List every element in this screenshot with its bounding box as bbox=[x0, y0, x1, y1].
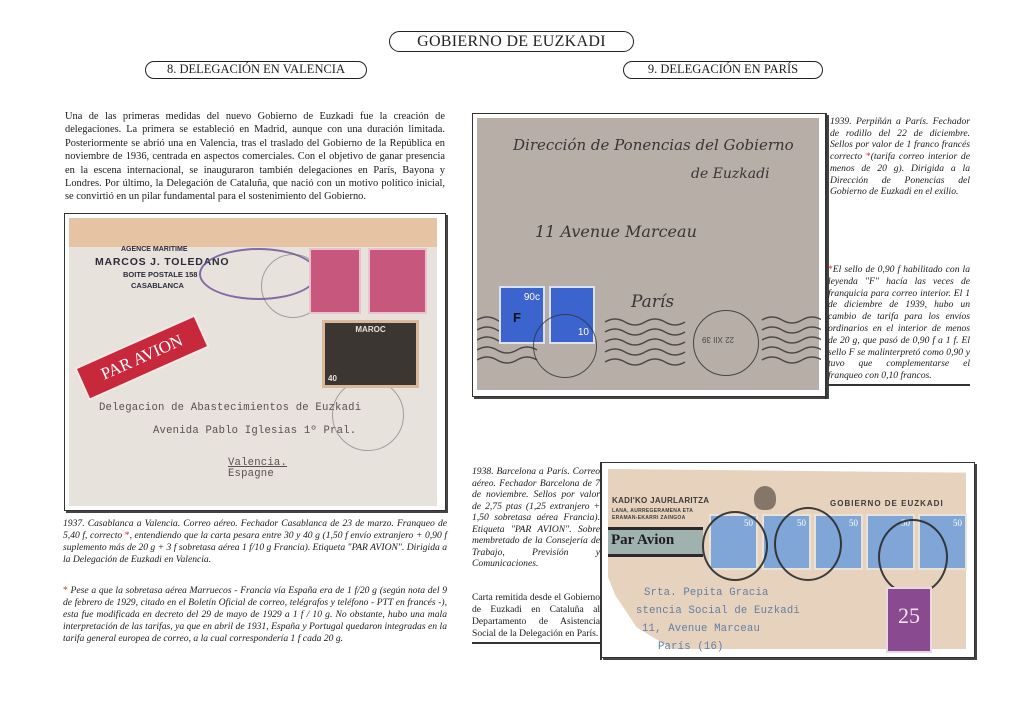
stamp-overprint: F bbox=[513, 310, 521, 325]
stamp-25-centimos: 25 bbox=[886, 587, 932, 653]
cover-perpignan-paris: Dirección de Ponencias del Gobierno de E… bbox=[472, 113, 827, 397]
sender-line-1: AGENCE MARITIME bbox=[121, 246, 188, 253]
stamp-maroc-red-2 bbox=[368, 248, 427, 314]
envelope-flap bbox=[69, 218, 437, 247]
airmail-text: Par Avion bbox=[611, 532, 674, 549]
address-line-4: Espagne bbox=[228, 468, 274, 480]
letterhead-left-sub-1: LANA, AURREGERAMENA ETA bbox=[612, 508, 693, 514]
address-line-1: Srta. Pepita Gracia bbox=[644, 587, 769, 599]
stamp-country: MAROC bbox=[325, 325, 416, 334]
stamp-value: 50 bbox=[849, 518, 858, 528]
coat-of-arms-icon bbox=[754, 486, 776, 510]
postmark-date: 22 XII 39 bbox=[702, 335, 734, 344]
address-line-4: París (16) bbox=[658, 641, 724, 653]
address-line-3: 11, Avenue Marceau bbox=[642, 623, 760, 635]
address-line-2: stencia Social de Euzkadi bbox=[636, 605, 800, 617]
letterhead-left-sub-2: ERAMAN-EKARRI ZAINGOA bbox=[612, 515, 686, 521]
sender-line-4: CASABLANCA bbox=[131, 281, 184, 290]
stamp-maroc-40: MAROC 40 bbox=[322, 320, 419, 388]
handwritten-line-2: de Euzkadi bbox=[691, 166, 770, 182]
caption-casablanca: 1937. Casablanca a Valencia. Correo aére… bbox=[63, 518, 447, 566]
footnote-text: Pese a que la sobretasa aérea Marruecos … bbox=[63, 585, 447, 644]
section-heading-valencia: 8. DELEGACIÓN EN VALENCIA bbox=[145, 61, 367, 79]
letterhead-right: GOBIERNO DE EUZKADI bbox=[830, 499, 944, 508]
footnote-tariff: * Pese a que la sobretasa aérea Marrueco… bbox=[63, 585, 447, 645]
note-text: El sello de 0,90 f habilitado con la ley… bbox=[828, 264, 970, 381]
round-postmark-barcelona bbox=[774, 507, 842, 581]
note-f-stamp: *El sello de 0,90 f habilitado con la le… bbox=[828, 264, 970, 386]
handwritten-line-4: París bbox=[631, 292, 674, 312]
page-title: GOBIERNO DE EUZKADI bbox=[389, 31, 634, 52]
stamp-value: 25 bbox=[888, 603, 930, 629]
round-postmark-barcelona bbox=[702, 511, 768, 581]
sender-line-3: BOITE POSTALE 158 bbox=[123, 270, 197, 279]
intro-paragraph: Una de las primeras medidas del nuevo Go… bbox=[65, 110, 445, 204]
divider-vertical bbox=[825, 113, 827, 399]
caption-catalunya: Carta remitida desde el Gobierno de Euzk… bbox=[472, 592, 600, 644]
handwritten-line-3: 11 Avenue Marceau bbox=[535, 222, 697, 241]
stamp-value: 90c bbox=[524, 292, 540, 303]
section-heading-paris: 9. DELEGACIÓN EN PARÍS bbox=[623, 61, 823, 79]
address-line-2: Avenida Pablo Iglesias 1º Pral. bbox=[153, 425, 356, 437]
stamp-value: 50 bbox=[953, 518, 962, 528]
cover-casablanca-valencia: AGENCE MARITIME MARCOS J. TOLEDANO BOITE… bbox=[64, 213, 446, 511]
caption-barcelona: 1938. Barcelona a París. Correo aéreo. F… bbox=[472, 466, 600, 570]
cover-barcelona-paris: KADI'KO JAURLARITZA LANA, AURREGERAMENA … bbox=[601, 462, 975, 658]
round-postmark-2 bbox=[332, 379, 404, 451]
caption-perpignan: 1939. Perpiñán a París. Fechador de rodi… bbox=[830, 116, 970, 198]
round-postmark-perpignan: 22 XII 39 bbox=[693, 310, 759, 376]
round-postmark bbox=[533, 314, 597, 378]
handwritten-line-1: Dirección de Ponencias del Gobierno bbox=[513, 136, 794, 154]
star-marker: * bbox=[63, 585, 68, 596]
round-postmark-barcelona bbox=[878, 519, 948, 595]
par-avion-label: Par Avion bbox=[608, 527, 703, 557]
address-line-1: Delegacion de Abastecimientos de Euzkadi bbox=[99, 402, 361, 414]
stamp-value: 40 bbox=[328, 374, 337, 383]
letterhead-left: KADI'KO JAURLARITZA bbox=[612, 496, 709, 505]
stamp-maroc-red-1 bbox=[309, 248, 361, 314]
